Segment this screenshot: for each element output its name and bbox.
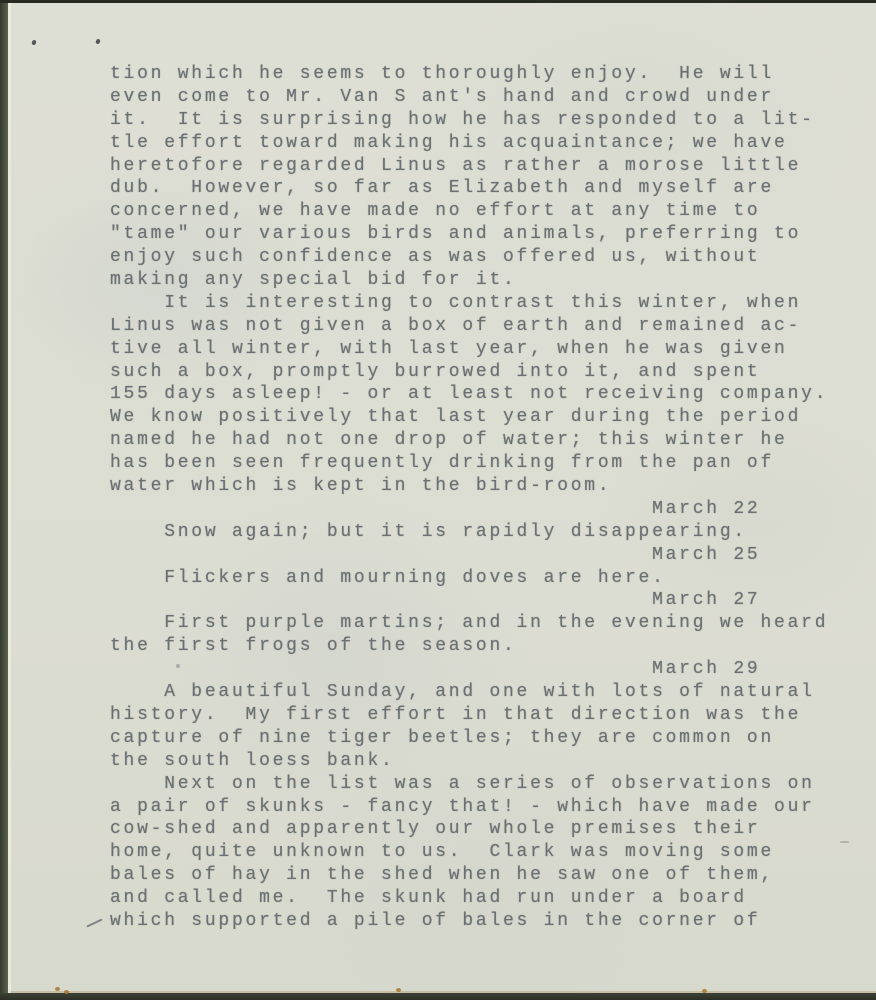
typed-line: has been seen frequently drinking from t… <box>110 452 828 475</box>
typed-line: water which is kept in the bird-room. <box>110 475 828 498</box>
typed-line: March 22 <box>110 498 828 521</box>
typed-line: even come to Mr. Van S ant's hand and cr… <box>110 86 828 109</box>
typed-line: tle effort toward making his acquaintanc… <box>110 132 828 155</box>
typed-line: concerned, we have made no effort at any… <box>110 200 828 223</box>
typed-line: It is interesting to contrast this winte… <box>110 292 828 315</box>
typed-line: 155 days asleep! - or at least not recei… <box>110 383 828 406</box>
rust-mark <box>55 987 60 991</box>
typed-line: history. My first effort in that directi… <box>110 704 828 727</box>
typed-line: March 25 <box>110 544 828 567</box>
typed-line: named he had not one drop of water; this… <box>110 429 828 452</box>
typed-line: the south loess bank. <box>110 750 828 773</box>
scanned-page: tion which he seems to thoroughly enjoy.… <box>0 0 876 1000</box>
rust-mark <box>396 988 401 992</box>
typed-line: Linus was not given a box of earth and r… <box>110 315 828 338</box>
scan-edge-top <box>0 0 876 3</box>
typed-line: such a box, promptly burrowed into it, a… <box>110 361 828 384</box>
faint-dot-mark <box>176 664 180 668</box>
typed-text-block: tion which he seems to thoroughly enjoy.… <box>110 63 828 933</box>
faint-dash-mark <box>840 841 849 843</box>
typed-line: We know positively that last year during… <box>110 406 828 429</box>
typed-line: First purple martins; and in the evening… <box>110 612 828 635</box>
typed-line: Snow again; but it is rapidly disappeari… <box>110 521 828 544</box>
typed-line: capture of nine tiger beetles; they are … <box>110 727 828 750</box>
typed-line: home, quite unknown to us. Clark was mov… <box>110 841 828 864</box>
scan-edge-bottom <box>0 993 876 1000</box>
typed-line: a pair of skunks - fancy that! - which h… <box>110 796 828 819</box>
typed-line: March 29 <box>110 658 828 681</box>
typed-line: tive all winter, with last year, when he… <box>110 338 828 361</box>
typed-line: tion which he seems to thoroughly enjoy.… <box>110 63 828 86</box>
rust-mark <box>702 989 707 993</box>
typed-line: Flickers and mourning doves are here. <box>110 567 828 590</box>
typed-line: dub. However, so far as Elizabeth and my… <box>110 177 828 200</box>
typed-line: enjoy such confidence as was offered us,… <box>110 246 828 269</box>
scan-edge-left <box>0 0 8 1000</box>
typed-line: "tame" our various birds and animals, pr… <box>110 223 828 246</box>
typed-line: March 27 <box>110 589 828 612</box>
typed-line: which supported a pile of bales in the c… <box>110 910 828 933</box>
typed-line: and called me. The skunk had run under a… <box>110 887 828 910</box>
typed-line: it. It is surprising how he has responde… <box>110 109 828 132</box>
typed-line: making any special bid for it. <box>110 269 828 292</box>
typed-line: A beautiful Sunday, and one with lots of… <box>110 681 828 704</box>
typed-line: heretofore regarded Linus as rather a mo… <box>110 155 828 178</box>
typed-line: the first frogs of the season. <box>110 635 828 658</box>
typed-line: cow-shed and apparently our whole premis… <box>110 818 828 841</box>
typed-line: bales of hay in the shed when he saw one… <box>110 864 828 887</box>
typed-line: Next on the list was a series of observa… <box>110 773 828 796</box>
rust-mark <box>64 990 69 994</box>
